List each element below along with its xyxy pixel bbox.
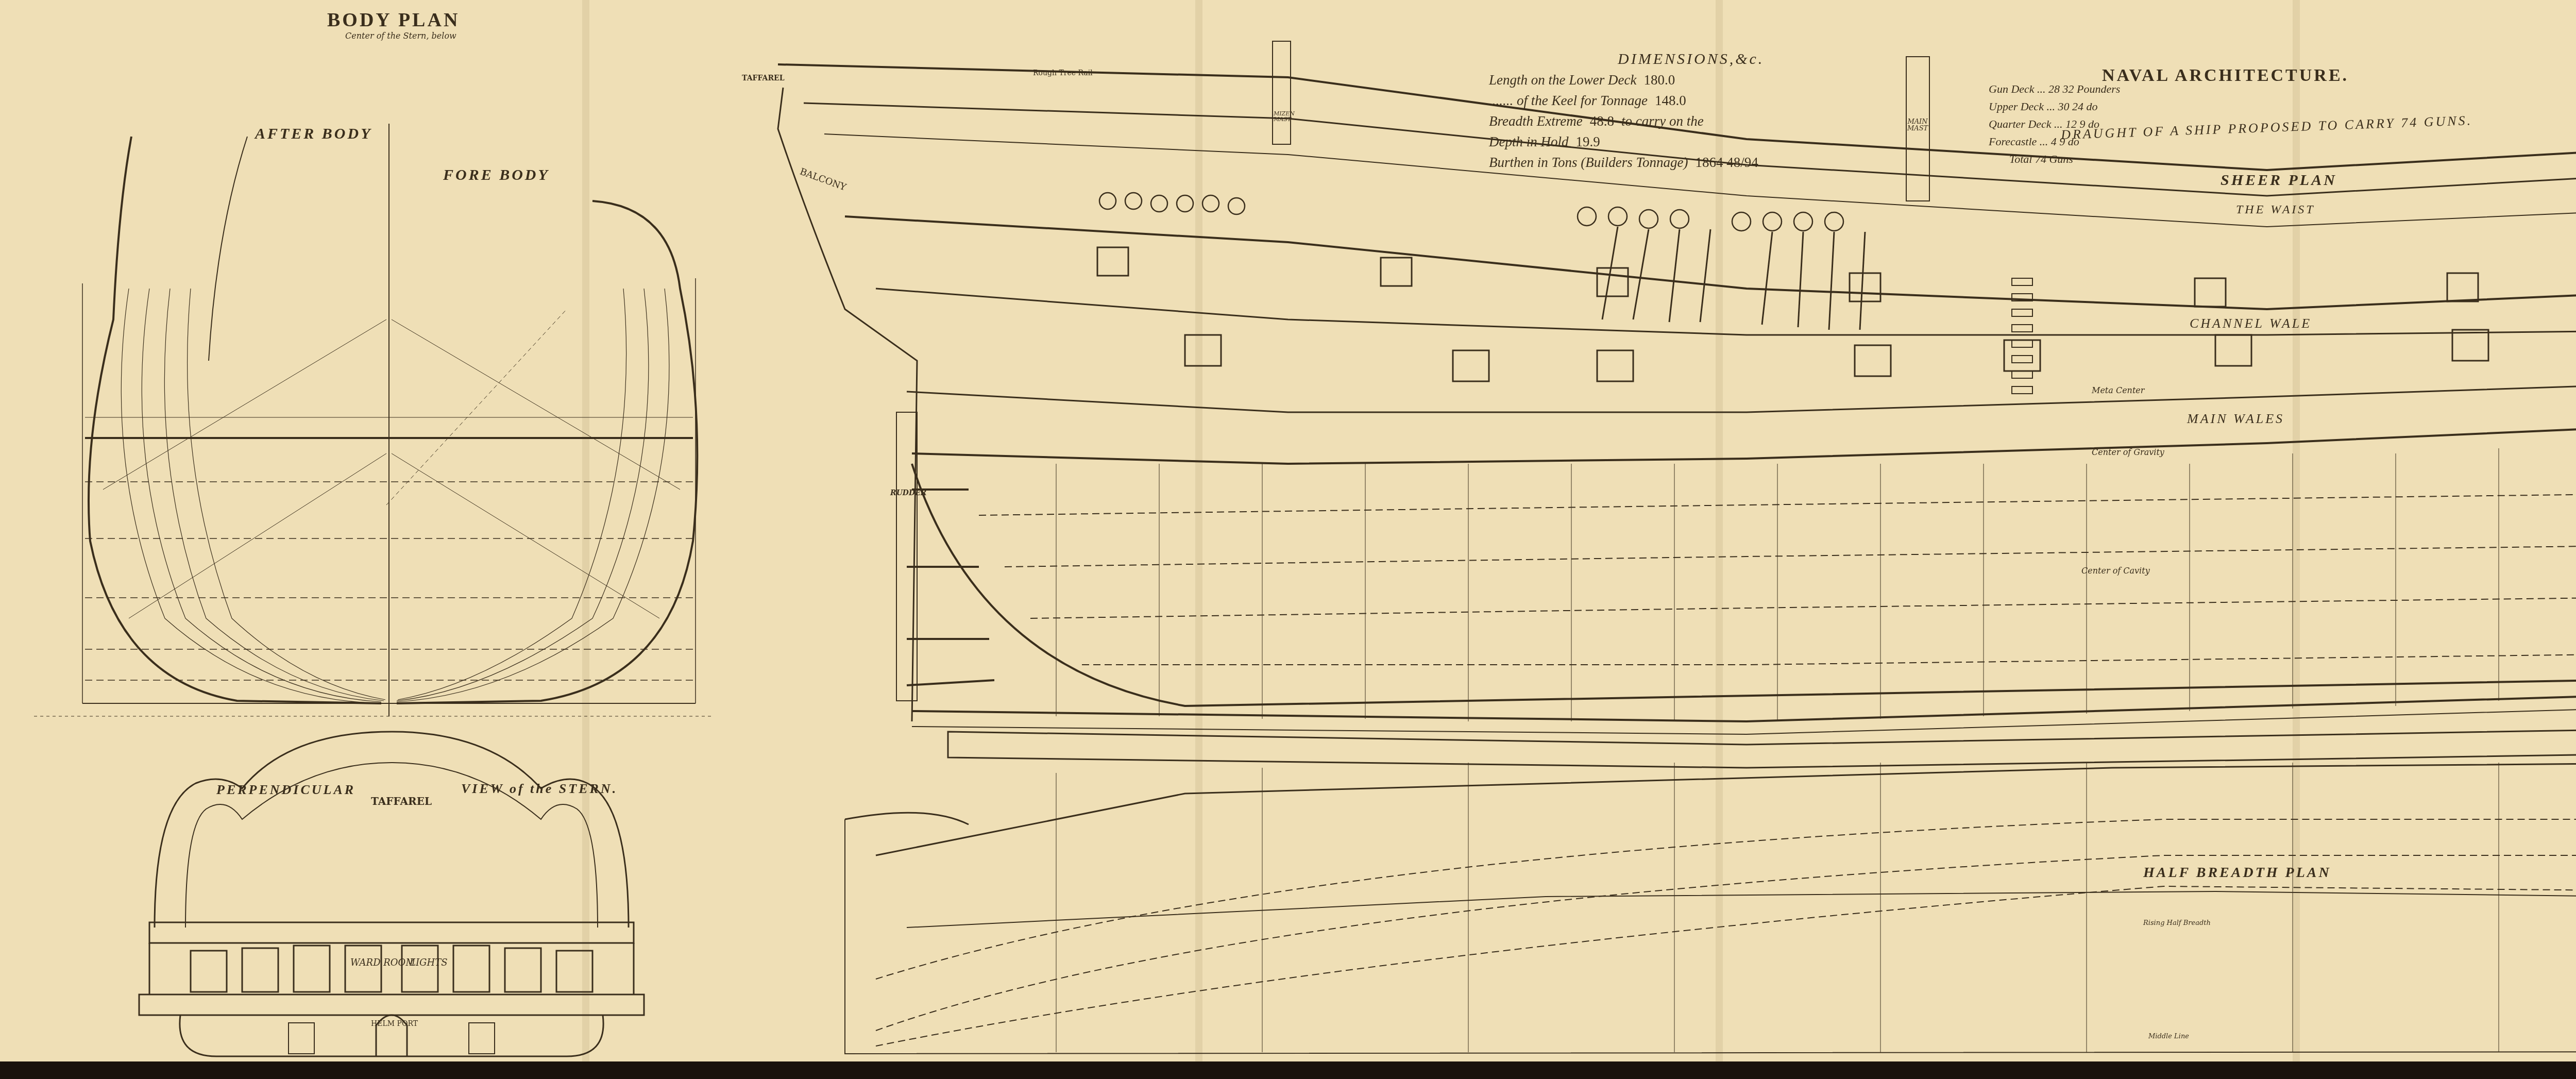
dimension-label: Length on the Lower Deck: [1489, 72, 1636, 93]
gun-row: Gun Deck ... 28 32 Pounders: [1989, 82, 2120, 100]
gun-count: 30: [2058, 100, 2069, 113]
body-plan-drawing: [31, 124, 711, 716]
dimension-label: Depth in Hold: [1489, 134, 1569, 155]
gun-deck: Gun Deck: [1989, 82, 2035, 95]
dimension-value: 19.9: [1576, 134, 1600, 155]
gun-row: Upper Deck ... 30 24 do: [1989, 100, 2120, 117]
gun-deck: Quarter Deck: [1989, 117, 2052, 130]
gun-deck: Upper Deck: [1989, 100, 2044, 113]
dimension-label: ....... of the Keel for Tonnage: [1489, 93, 1648, 113]
dimension-value: 148.0: [1655, 93, 1686, 113]
stern-lights-label: LIGHTS: [410, 958, 447, 968]
main-wales-label: MAIN WALES: [2187, 412, 2284, 426]
engraved-plate: BODY PLAN Center of the Stern, below AFT…: [0, 0, 2576, 1061]
gun-type: 24 do: [2072, 100, 2098, 113]
meta-center-label: Meta Center: [2092, 386, 2144, 395]
guns-total: Total 74 Guns: [1989, 153, 2120, 170]
after-body-label: AFTER BODY: [255, 126, 372, 142]
dimension-value: 180.0: [1643, 72, 1675, 93]
gun-deck: Forecastle: [1989, 135, 2037, 148]
mizen-mast-label: MIZEN MAST: [1274, 111, 1290, 122]
stern-taffarel-label: TAFFAREL: [371, 796, 432, 806]
dimension-note: to carry on the: [1621, 113, 1704, 134]
dimension-row: ....... of the Keel for Tonnage148.0: [1489, 93, 1758, 113]
dimension-row: Depth in Hold19.9: [1489, 134, 1758, 155]
half-breadth-plan-title: HALF BREADTH PLAN: [2143, 866, 2331, 880]
body-plan-title: BODY PLAN: [327, 10, 460, 30]
sheer-plan-title: SHEER PLAN: [2221, 173, 2337, 188]
channel-wale-label: CHANNEL WALE: [2190, 317, 2312, 330]
fore-body-label: FORE BODY: [443, 167, 550, 183]
dimension-label: Breadth Extreme: [1489, 113, 1583, 134]
half-breadth-plan-drawing: [845, 763, 2576, 1054]
stern-view-title-left: PERPENDICULAR: [216, 783, 355, 797]
dimensions-title: DIMENSIONS,&c.: [1618, 52, 1764, 67]
line-drawing: [0, 0, 2576, 1061]
dimension-value: 1864 48/94: [1696, 155, 1758, 175]
dimension-row: Burthen in Tons (Builders Tonnage)1864 4…: [1489, 155, 1758, 175]
taffarel-label: TAFFAREL: [742, 75, 785, 82]
center-of-gravity-label: Center of Gravity: [2092, 448, 2164, 457]
dimension-row: Breadth Extreme48.8to carry on the: [1489, 113, 1758, 134]
waist-label: THE WAIST: [2236, 204, 2315, 216]
body-plan-note: Center of the Stern, below: [345, 32, 456, 40]
rudder-label: RUDDER: [890, 490, 926, 497]
scan-background: [0, 1061, 2576, 1079]
rough-tree-rail-label: Rough Tree Rail: [1033, 70, 1093, 77]
gun-count: 4: [2051, 135, 2057, 148]
stern-wardroom-label: WARD ROOM: [350, 958, 415, 968]
dimension-row: Length on the Lower Deck180.0: [1489, 72, 1758, 93]
stern-helm-port-label: HELM PORT: [371, 1020, 418, 1027]
plate-title: NAVAL ARCHITECTURE.: [2102, 67, 2349, 85]
stern-view-drawing: [139, 732, 644, 1056]
stern-view-title-right: VIEW of the STERN.: [461, 782, 618, 796]
middle-line-label: Middle Line: [2148, 1033, 2189, 1040]
main-mast-label: MAIN MAST: [1907, 119, 1928, 132]
dimension-label: Burthen in Tons (Builders Tonnage): [1489, 155, 1688, 175]
rising-half-breadth-label: Rising Half Breadth: [2143, 920, 2211, 926]
gun-count: 28: [2048, 82, 2060, 95]
dimension-value: 48.8: [1590, 113, 1614, 134]
center-of-cavity-label: Center of Cavity: [2081, 567, 2150, 575]
dimensions-table: Length on the Lower Deck180.0 ....... of…: [1489, 72, 1758, 175]
